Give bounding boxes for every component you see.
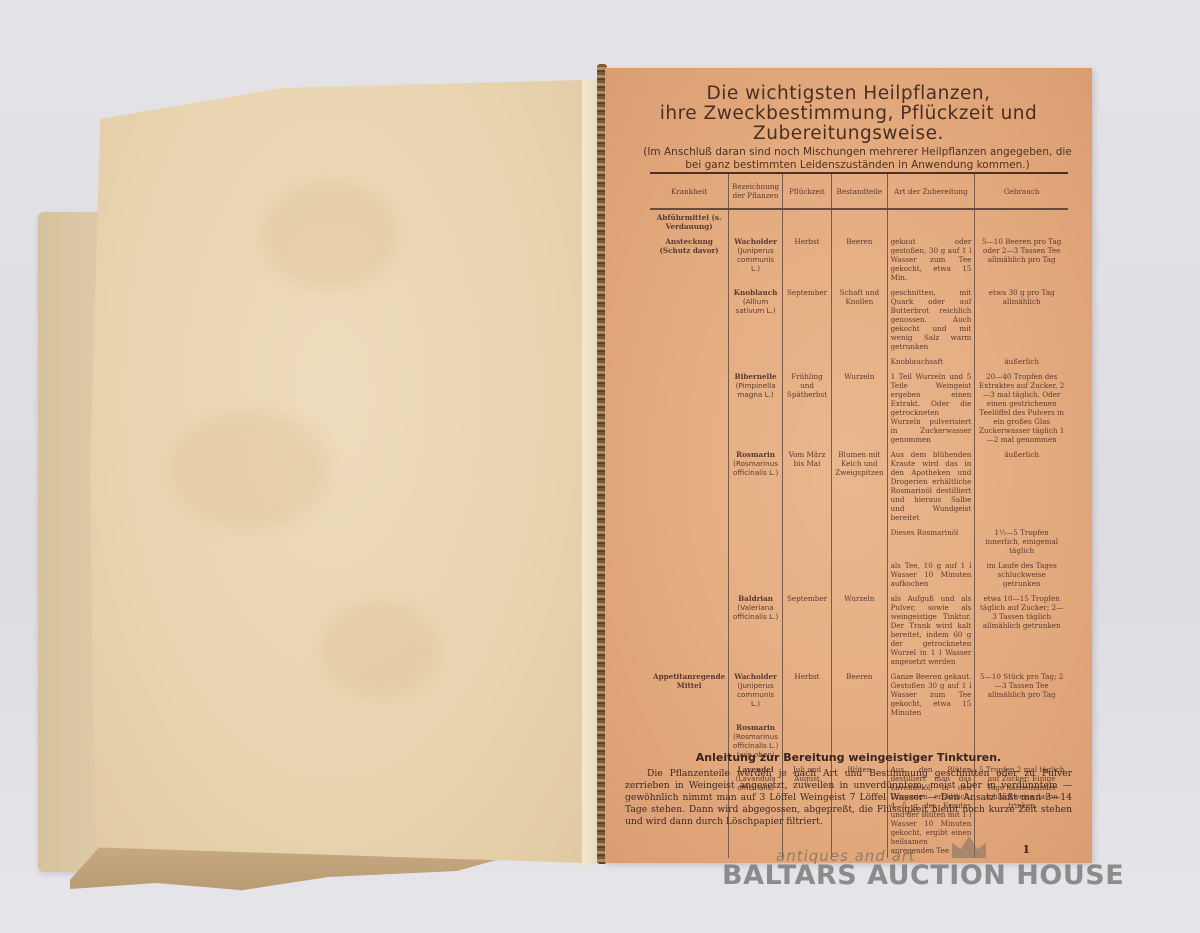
disease-cell	[650, 354, 729, 369]
disease-cell	[650, 591, 729, 669]
gutter	[582, 80, 598, 865]
harvest-time-cell: September	[782, 591, 831, 669]
plant-cell	[729, 209, 783, 234]
usage-cell: 5—10 Beeren pro Tag oder 2—3 Tassen Tee …	[975, 234, 1068, 285]
preparation-cell: geschnitten, mit Quark oder auf Butterbr…	[887, 285, 975, 354]
plant-parts-cell: Wurzeln	[832, 369, 887, 447]
plant-cell: Wacholder(Juniperus communis L.)	[729, 234, 783, 285]
title-line: Die wichtigsten Heilpflanzen,	[605, 84, 1092, 104]
table-row: Ansteckung (Schutz davor)Wacholder(Junip…	[650, 234, 1068, 285]
col-header: Pflückzeit	[782, 173, 831, 209]
preparation-cell: 1 Teil Wurzeln und 5 Teile Weingeist erg…	[887, 369, 975, 447]
harvest-time-cell: September	[782, 285, 831, 354]
plant-parts-cell	[832, 558, 887, 591]
harvest-time-cell	[782, 525, 831, 558]
plant-name: Baldrian	[732, 594, 779, 603]
col-header: Bezeichnung der Pflanzen	[729, 173, 783, 209]
table-row: Abführmittel (s. Verdauung)	[650, 209, 1068, 234]
preparation-cell: Aus dem blühenden Kraute wird das in den…	[887, 447, 975, 525]
latin-name: (Valeriana officinalis L.)	[732, 603, 779, 621]
usage-cell	[975, 209, 1068, 234]
stain	[170, 410, 330, 530]
plant-cell	[729, 558, 783, 591]
table-row: Knoblauch(Allium sativum L.)SeptemberSch…	[650, 285, 1068, 354]
tincture-section: Anleitung zur Bereitung weingeistiger Ti…	[625, 751, 1072, 828]
usage-cell: 20—40 Tropfen des Extraktes auf Zucker, …	[975, 369, 1068, 447]
preparation-cell	[887, 209, 975, 234]
plant-parts-cell	[832, 354, 887, 369]
preparation-cell: Dieses Rosmarinöl	[887, 525, 975, 558]
harvest-time-cell: Herbst	[782, 234, 831, 285]
page-subtitle: (Im Anschluß daran sind noch Mischungen …	[643, 146, 1072, 172]
plant-name: Rosmarin	[732, 450, 779, 459]
plant-name: Wacholder	[732, 237, 779, 246]
watermark-tagline: antiques and art	[776, 847, 916, 865]
stain	[320, 600, 440, 700]
table-header-row: Krankheit Bezeichnung der Pflanzen Pflüc…	[650, 173, 1068, 209]
harvest-time-cell	[782, 354, 831, 369]
col-header: Bestandteile	[832, 173, 887, 209]
plant-cell: Rosmarin(Rosmarinus officinalis L.)	[729, 447, 783, 525]
preparation-cell: als Aufguß und als Pulver, sowie als wei…	[887, 591, 975, 669]
usage-cell: 1½—5 Tropfen innerlich, einigemal täglic…	[975, 525, 1068, 558]
preparation-cell: Knoblauchsaft	[887, 354, 975, 369]
usage-cell: etwa 30 g pro Tag allmählich	[975, 285, 1068, 354]
plant-parts-cell: Beeren	[832, 669, 887, 720]
plant-parts-cell	[832, 525, 887, 558]
disease-cell	[650, 447, 729, 525]
plant-parts-cell: Wurzeln	[832, 591, 887, 669]
table-row: Bibernelle(Pimpinella magna L.)Frühling …	[650, 369, 1068, 447]
plant-cell: Wacholder(Juniperus communis L.)	[729, 669, 783, 720]
plant-cell: Bibernelle(Pimpinella magna L.)	[729, 369, 783, 447]
watermark: antiques and art BALTARS AUCTION HOUSE	[722, 860, 1124, 891]
harvest-time-cell: Frühling und Spätherbst	[782, 369, 831, 447]
disease-cell: Appetitanregende Mittel	[650, 669, 729, 720]
section-text: Die Pflanzenteile werden je nach Art und…	[625, 768, 1072, 828]
latin-name: (Allium sativum L.)	[732, 297, 779, 315]
plant-parts-cell	[832, 209, 887, 234]
left-blank-page	[80, 80, 585, 863]
right-text-page: Die wichtigsten Heilpflanzen, ihre Zweck…	[605, 68, 1092, 863]
stain	[260, 180, 400, 290]
photo: Die wichtigsten Heilpflanzen, ihre Zweck…	[0, 0, 1200, 933]
harvest-time-cell: Herbst	[782, 669, 831, 720]
plant-parts-cell: Schaft und Knollen	[832, 285, 887, 354]
table-row: Appetitanregende MittelWacholder(Juniper…	[650, 669, 1068, 720]
disease-cell: Abführmittel (s. Verdauung)	[650, 209, 729, 234]
plant-cell	[729, 525, 783, 558]
latin-name: (Rosmarinus officinalis L.)	[732, 459, 779, 477]
disease-cell	[650, 558, 729, 591]
table-row: Rosmarin(Rosmarinus officinalis L.)Vom M…	[650, 447, 1068, 525]
preparation-cell: gekaut oder gestoßen, 30 g auf 1 l Wasse…	[887, 234, 975, 285]
col-header: Art der Zubereitung	[887, 173, 975, 209]
plant-cell: Baldrian(Valeriana officinalis L.)	[729, 591, 783, 669]
plant-cell	[729, 354, 783, 369]
table-row: als Tee, 10 g auf 1 l Wasser 10 Minuten …	[650, 558, 1068, 591]
plant-parts-cell: Blumen mit Kelch und Zweigspitzen	[832, 447, 887, 525]
plant-name: Rosmarin	[732, 723, 779, 732]
section-title: Anleitung zur Bereitung weingeistiger Ti…	[625, 751, 1072, 764]
disease-cell	[650, 285, 729, 354]
table-row: Dieses Rosmarinöl1½—5 Tropfen innerlich,…	[650, 525, 1068, 558]
usage-cell: äußerlich	[975, 354, 1068, 369]
plant-name: Knoblauch	[732, 288, 779, 297]
harvest-time-cell	[782, 558, 831, 591]
latin-name: (Juniperus communis L.)	[732, 681, 779, 708]
preparation-cell: als Tee, 10 g auf 1 l Wasser 10 Minuten …	[887, 558, 975, 591]
disease-cell	[650, 369, 729, 447]
title-line: Zubereitungsweise.	[605, 124, 1092, 144]
plant-cell: Knoblauch(Allium sativum L.)	[729, 285, 783, 354]
disease-cell: Ansteckung (Schutz davor)	[650, 234, 729, 285]
usage-cell: 5—10 Stück pro Tag; 2—3 Tassen Tee allmä…	[975, 669, 1068, 720]
latin-name: (Juniperus communis L.)	[732, 246, 779, 273]
page-title: Die wichtigsten Heilpflanzen, ihre Zweck…	[605, 84, 1092, 144]
plant-name: Bibernelle	[732, 372, 779, 381]
page-number: 1	[1022, 843, 1030, 856]
title-line: ihre Zweckbestimmung, Pflückzeit und	[605, 104, 1092, 124]
disease-cell	[650, 525, 729, 558]
preparation-cell: Ganze Beeren gekaut. Gestoßen 30 g auf 1…	[887, 669, 975, 720]
harvest-time-cell: Vom März bis Mai	[782, 447, 831, 525]
col-header: Krankheit	[650, 173, 729, 209]
table-row: Baldrian(Valeriana officinalis L.)Septem…	[650, 591, 1068, 669]
plant-parts-cell: Beeren	[832, 234, 887, 285]
col-header: Gebrauch	[975, 173, 1068, 209]
usage-cell: im Laufe des Tages schluckweise getrunke…	[975, 558, 1068, 591]
usage-cell: etwa 10—15 Tropfen täglich auf Zucker; 2…	[975, 591, 1068, 669]
table-row: Knoblauchsaftäußerlich	[650, 354, 1068, 369]
latin-name: (Pimpinella magna L.)	[732, 381, 779, 399]
usage-cell: äußerlich	[975, 447, 1068, 525]
harvest-time-cell	[782, 209, 831, 234]
plant-name: Wacholder	[732, 672, 779, 681]
